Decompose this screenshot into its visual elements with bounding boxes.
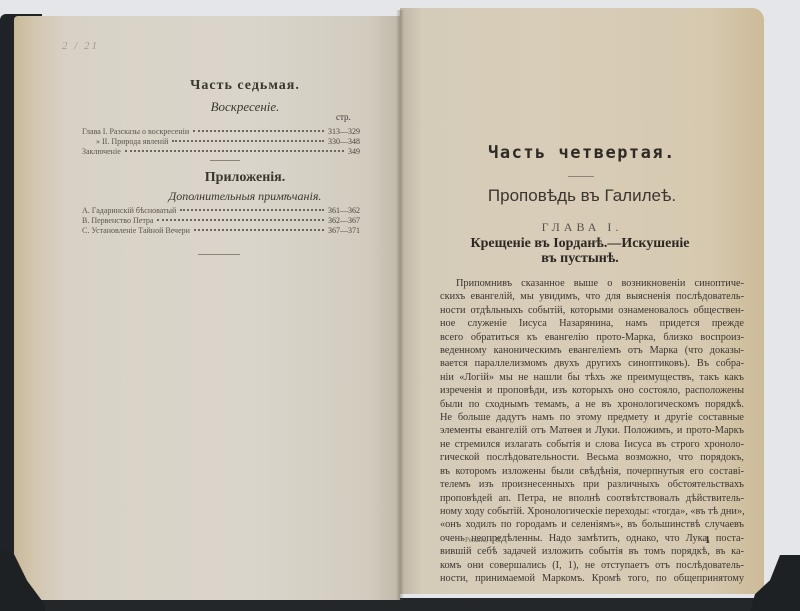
text-line: «онъ ходилъ по городамъ и селеніямъ», въ… (440, 518, 744, 531)
footer-signature: Ренанъ, т. II. (465, 536, 502, 544)
toc-list-part-seven: Глава I. Разсказы о воскресеніи 313—329 … (82, 127, 360, 157)
divider (210, 160, 240, 161)
left-part-title: Часть седьмая. (130, 78, 360, 94)
toc-entry-label: A. Гадаринскій бѣсноватый (82, 206, 180, 216)
toc-entry-label: Глава I. Разсказы о воскресеніи (82, 127, 193, 137)
text-line: ности отдѣльныхъ событій, которыми ознам… (440, 304, 744, 317)
divider (198, 254, 240, 255)
toc-entry-pages: 349 (348, 147, 360, 157)
text-line: элементы евангелій отъ Матѳея и Луки. По… (440, 424, 744, 437)
toc-entry-pages: 361—362 (328, 206, 360, 216)
toc-entry-pages: 313—329 (328, 127, 360, 137)
chapter-heading-line: въ пустынѣ. (430, 251, 730, 266)
dot-leader (157, 219, 324, 221)
toc-entry-pages: 367—371 (328, 226, 360, 236)
text-line: вившій себѣ задачей изложить событія въ … (440, 545, 744, 558)
divider (568, 176, 594, 177)
dot-leader (172, 140, 324, 142)
chapter-heading: Крещеніе въ Іорданѣ.—Искушеніе въ пустын… (430, 236, 730, 266)
pencil-mark: 2 / 21 (62, 40, 99, 52)
text-line: ному ходу событій. Хронологическіе перех… (440, 505, 744, 518)
text-line: телемъ изъ произнесенныхъ при различныхъ… (440, 478, 744, 491)
toc-entry-label: B. Первенство Петра (82, 216, 157, 226)
text-line: ное служеніе Іисуса Назарянина, намъ при… (440, 317, 744, 330)
toc-row: A. Гадаринскій бѣсноватый 361—362 (82, 206, 360, 216)
text-line: въ которомъ изложены были свѣдѣнія, поче… (440, 465, 744, 478)
toc-row: Заключеніе 349 (82, 147, 360, 157)
right-part-title: Часть четвертая. (432, 143, 732, 163)
text-line: веденному каноническимъ евангеліемъ отъ … (440, 344, 744, 357)
appendix-subtitle: Дополнительныя примѣчанія. (130, 189, 360, 204)
text-line: гической послѣдовательности. Весьма возм… (440, 451, 744, 464)
toc-entry-pages: 362—367 (328, 216, 360, 226)
text-line: Не больше дадутъ намъ по этому предмету … (440, 411, 744, 424)
text-line: вается параллелизмомъ двухъ другихъ сино… (440, 357, 744, 370)
toc-entry-pages: 330—348 (328, 137, 360, 147)
chapter-heading-line: Крещеніе въ Іорданѣ.—Искушеніе (430, 236, 730, 251)
text-line: изреченія и проповѣди, изъ которыхъ оно … (440, 384, 744, 397)
book-gutter (396, 10, 404, 600)
dot-leader (194, 229, 324, 231)
page-column-label: стр. (336, 112, 351, 122)
toc-entry-label: » II. Природа явленій (82, 137, 172, 147)
appendix-title: Приложенія. (130, 170, 360, 186)
toc-entry-label: C. Установленіе Тайной Вечери (82, 226, 194, 236)
dot-leader (193, 130, 324, 132)
page-number: 1 (705, 535, 710, 546)
dot-leader (125, 150, 344, 152)
toc-entry-label: Заключеніе (82, 147, 125, 157)
toc-row: Глава I. Разсказы о воскресеніи 313—329 (82, 127, 360, 137)
text-line: проповѣдей ап. Петра, не вполнѣ соотвѣтс… (440, 492, 744, 505)
section-title: Проповѣдь въ Галилеѣ. (432, 186, 732, 206)
text-line: ности, принимаемой Маркомъ. Кромѣ того, … (440, 572, 744, 585)
toc-row: C. Установленіе Тайной Вечери 367—371 (82, 226, 360, 236)
left-part-subtitle: Воскресеніе. (130, 99, 360, 115)
dot-leader (180, 209, 324, 211)
text-line: комъ они совершались (I, 1), не отступае… (440, 559, 744, 572)
toc-row: » II. Природа явленій 330—348 (82, 137, 360, 147)
text-line: ніи «Логій» мы не нашли бы тѣхъ же преим… (440, 371, 744, 384)
text-line: не стремился излагать событія и слова Іи… (440, 438, 744, 451)
chapter-label: ГЛАВА I. (432, 220, 732, 235)
toc-row: B. Первенство Петра 362—367 (82, 216, 360, 226)
toc-list-appendix: A. Гадаринскій бѣсноватый 361—362 B. Пер… (82, 206, 360, 236)
text-line: были по сходнымъ темамъ, а не въ хроноло… (440, 398, 744, 411)
text-line: Припомнивъ сказанное выше о возникновені… (440, 277, 744, 290)
text-line: всего обратиться къ евангелію прото-Марк… (440, 331, 744, 344)
text-line: скихъ евангелій, мы увидимъ, что для выя… (440, 290, 744, 303)
